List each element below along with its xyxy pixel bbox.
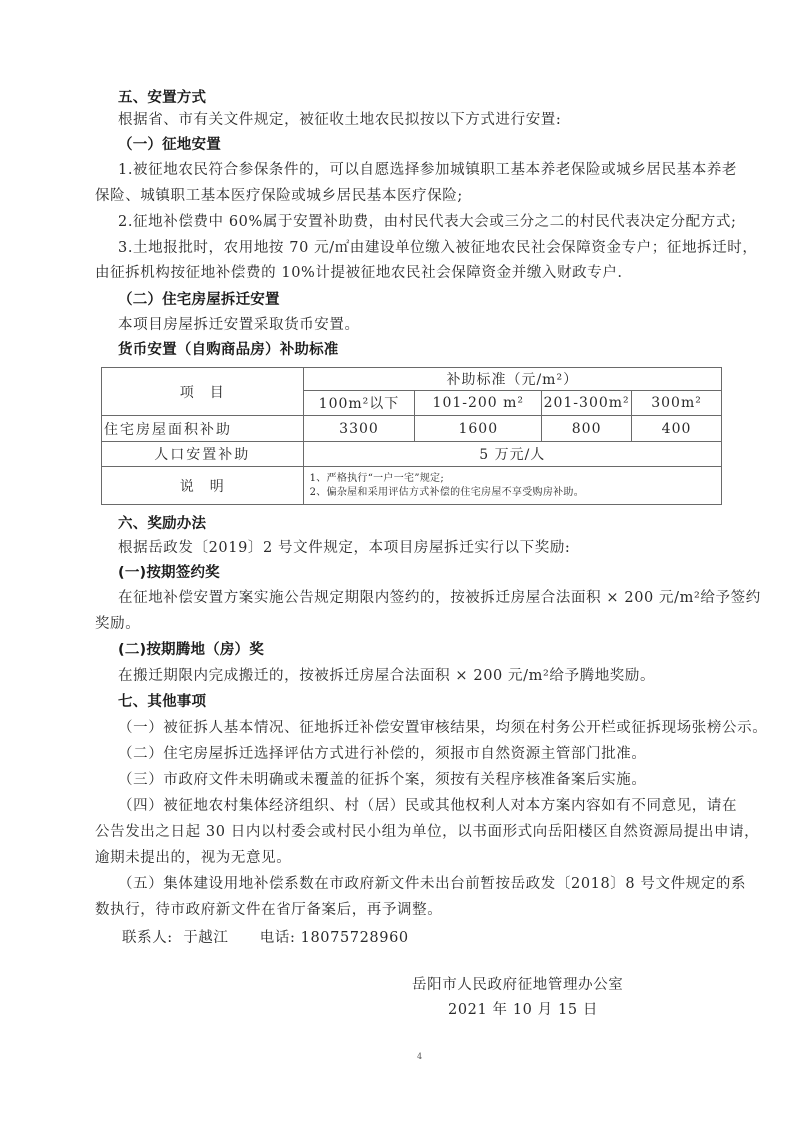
sign-reward-line2: 奖励。: [95, 614, 140, 634]
header-standard: 补助标准（元/m²）: [303, 368, 721, 391]
section-6-intro: 根据岳政发〔2019〕2 号文件规定，本项目房屋拆迁实行以下奖励:: [118, 538, 570, 558]
population-value: 5 万元/人: [303, 442, 721, 467]
land-item-2: 2.征地补偿费中 60%属于安置补助费，由村民代表大会或三分之二的村民代表决定分…: [118, 212, 736, 232]
other-item-3: （三）市政府文件未明确或未覆盖的征拆个案，须按有关程序核准备案后实施。: [118, 770, 647, 790]
sign-reward-line1: 在征地补偿安置方案实施公告规定期限内签约的，按被拆迁房屋合法面积 × 200 元…: [118, 588, 761, 608]
notes-cell: 1、严格执行“一户一宅”规定; 2、偏杂屋和采用评估方式补偿的住宅房屋不享受购房…: [303, 467, 721, 505]
land-item-1-line2: 保险、城镇职工基本医疗保险或城乡居民基本医疗保险;: [95, 186, 463, 206]
signature-date: 2021 年 10 月 15 日: [448, 1000, 598, 1020]
page-number: 4: [417, 1052, 422, 1061]
other-item-5-line2: 数执行，待市政府新文件在省厅备案后，再予调整。: [95, 900, 442, 920]
section-5-heading: 五、安置方式: [118, 88, 206, 108]
vacate-reward-text: 在搬迁期限内完成搬迁的，按被拆迁房屋合法面积 × 200 元/m²给予腾地奖励。: [118, 666, 655, 686]
land-item-1-line1: 1.被征地农民符合参保条件的，可以自愿选择参加城镇职工基本养老保险或城乡居民基本…: [118, 160, 737, 180]
land-item-3-line1: 3.土地报批时，农用地按 70 元/㎡由建设单位缴入被征地农民社会保障资金专户；…: [118, 238, 758, 258]
other-item-4-line3: 逾期未提出的，视为无意见。: [95, 848, 291, 868]
sign-reward-heading: (一)按期签约奖: [118, 563, 220, 583]
section-5-intro: 根据省、市有关文件规定，被征收土地农民拟按以下方式进行安置:: [118, 110, 561, 130]
row-label-notes: 说 明: [102, 467, 304, 505]
other-item-1: （一）被征拆人基本情况、征地拆迁补偿安置审核结果，均须在村务公开栏或征拆现场张榜…: [118, 718, 767, 738]
other-item-4-line2: 公告发出之日起 30 日内以村委会或村民小组为单位，以书面形式向岳阳楼区自然资源…: [95, 822, 759, 842]
table-row: 住宅房屋面积补助 3300 1600 800 400: [102, 416, 722, 442]
contact-info: 联系人: 于越江 电话: 18075728960: [122, 928, 409, 948]
cell-value: 400: [632, 416, 722, 442]
land-resettlement-heading: （一）征地安置: [118, 135, 221, 155]
land-item-3-line2: 由征拆机构按征地补偿费的 10%计提被征地农民社会保障资金并缴入财政专户.: [95, 263, 623, 283]
cell-value: 3300: [303, 416, 415, 442]
tier-2: 101-200 m²: [415, 391, 542, 416]
section-7-heading: 七、其他事项: [118, 692, 206, 712]
subsidy-table-title: 货币安置（自购商品房）补助标准: [118, 340, 339, 360]
other-item-2: （二）住宅房屋拆迁选择评估方式进行补偿的，须报市自然资源主管部门批准。: [118, 744, 647, 764]
signature-org: 岳阳市人民政府征地管理办公室: [412, 975, 623, 995]
tier-3: 201-300m²: [542, 391, 632, 416]
housing-resettlement-heading: （二）住宅房屋拆迁安置: [118, 290, 280, 310]
row-label-population: 人口安置补助: [102, 442, 304, 467]
note-2: 2、偏杂屋和采用评估方式补偿的住宅房屋不享受购房补助。: [310, 486, 721, 500]
cell-value: 1600: [415, 416, 542, 442]
cell-value: 800: [542, 416, 632, 442]
subsidy-standard-table: 项 目 补助标准（元/m²） 100m²以下 101-200 m² 201-30…: [101, 367, 722, 505]
note-1: 1、严格执行“一户一宅”规定;: [310, 472, 721, 486]
header-item: 项 目: [102, 368, 304, 416]
other-item-4-line1: （四）被征地农村集体经济组织、村（居）民或其他权利人对本方案内容如有不同意见，请…: [118, 796, 737, 816]
tier-1: 100m²以下: [303, 391, 415, 416]
housing-resettlement-text: 本项目房屋拆迁安置采取货币安置。: [118, 315, 360, 335]
other-item-5-line1: （五）集体建设用地补偿系数在市政府新文件未出台前暂按岳政发〔2018〕8 号文件…: [118, 874, 746, 894]
section-6-heading: 六、奖励办法: [118, 514, 206, 534]
row-label-area-subsidy: 住宅房屋面积补助: [102, 416, 304, 442]
tier-4: 300m²: [632, 391, 722, 416]
table-row: 说 明 1、严格执行“一户一宅”规定; 2、偏杂屋和采用评估方式补偿的住宅房屋不…: [102, 467, 722, 505]
vacate-reward-heading: (二)按期腾地（房）奖: [118, 640, 264, 660]
table-row: 人口安置补助 5 万元/人: [102, 442, 722, 467]
